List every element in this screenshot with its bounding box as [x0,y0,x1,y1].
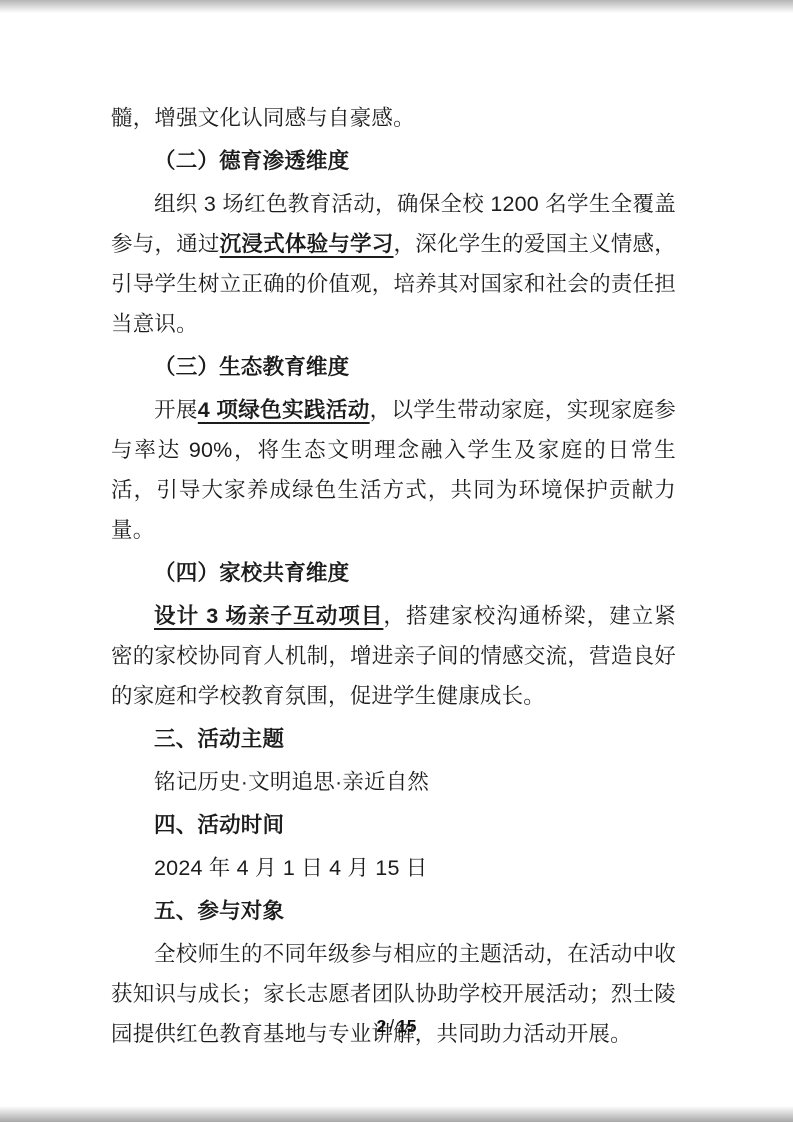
text-run: 三、活动主题 [154,727,284,751]
emphasis-underlined-text: 4 项绿色实践活动 [198,398,370,422]
paragraph: 开展4 项绿色实践活动，以学生带动家庭，实现家庭参与率达 90%，将生态文明理念… [111,390,676,550]
section-heading: 四、活动时间 [111,805,676,845]
emphasis-underlined-text: 设计 3 场亲子互动项目 [154,604,383,628]
text-run: （二）德育渗透维度 [154,149,349,173]
page-number-current: 2 [376,1016,386,1036]
section-heading: （四）家校共育维度 [111,553,676,593]
paragraph-continuation: 髓，增强文化认同感与自豪感。 [111,98,676,138]
emphasis-underlined-text: 沉浸式体验与学习 [220,232,394,256]
text-run: 2024 年 4 月 1 日 4 月 15 日 [154,856,427,880]
text-run: 开展 [154,398,198,422]
text-run: 四、活动时间 [154,813,284,837]
document-body: 髓，增强文化认同感与自豪感。（二）德育渗透维度组织 3 场红色教育活动，确保全校… [111,0,676,1054]
paragraph: 铭记历史·文明追思·亲近自然 [111,762,676,802]
paragraph: 设计 3 场亲子互动项目，搭建家校沟通桥梁，建立紧密的家校协同育人机制，增进亲子… [111,596,676,716]
section-heading: （三）生态教育维度 [111,347,676,387]
page-number-total: 15 [397,1016,416,1036]
text-run: 五、参与对象 [154,899,284,923]
page-bottom-shadow [0,1106,793,1122]
document-page: { "page": { "background": "#ffffff", "te… [0,0,793,1122]
text-run: （四）家校共育维度 [154,561,349,585]
text-run: 铭记历史·文明追思·亲近自然 [154,770,429,794]
text-run: （三）生态教育维度 [154,355,349,379]
paragraph: 组织 3 场红色教育活动，确保全校 1200 名学生全覆盖参与，通过沉浸式体验与… [111,184,676,344]
section-heading: 五、参与对象 [111,891,676,931]
text-run: 髓，增强文化认同感与自豪感。 [111,106,415,130]
page-number: 2/15 [0,1012,793,1040]
page-number-separator: / [386,1016,397,1036]
section-heading: 三、活动主题 [111,719,676,759]
section-heading: （二）德育渗透维度 [111,141,676,181]
paragraph: 2024 年 4 月 1 日 4 月 15 日 [111,848,676,888]
